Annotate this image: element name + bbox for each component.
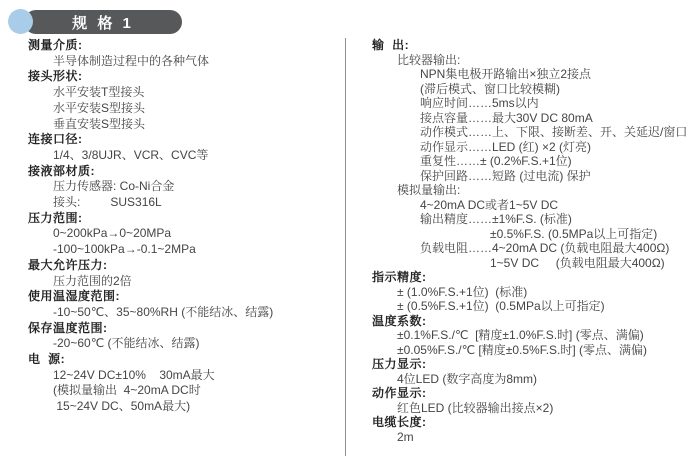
- spec-line: 4~20mA DC或者1~5V DC: [372, 198, 696, 213]
- spec-section: 电 源:12~24V DC±10% 30mA最大(模拟量输出 4~20mA DC…: [28, 352, 336, 415]
- right-spec-column: 输 出:比较器输出:NPN集电极开路输出×独立2接点(滞后模式、窗口比较模糊)响…: [372, 38, 696, 444]
- page-title: 规 格 1: [72, 12, 134, 33]
- spec-line: 压力范围的2倍: [28, 274, 336, 290]
- spec-section-title: 指示精度:: [372, 270, 696, 285]
- section-title-banner: 规 格 1: [24, 10, 182, 34]
- spec-line: 压力传感器: Co-Ni合金: [28, 179, 336, 195]
- spec-line: -10~50℃、35~80%RH (不能结冰、结露): [28, 305, 336, 321]
- spec-section-title: 动作显示:: [372, 386, 696, 401]
- spec-section-title: 保存温度范围:: [28, 321, 336, 337]
- spec-section: 连接口径:1/4、3/8UJR、VCR、CVC等: [28, 132, 336, 163]
- spec-section: 动作显示:红色LED (比较器输出接点×2): [372, 386, 696, 415]
- decorative-circle-icon: [8, 9, 33, 34]
- spec-section: 指示精度:± (1.0%F.S.+1位) (标准)± (0.5%F.S.+1位)…: [372, 270, 696, 314]
- spec-line: 2m: [372, 430, 696, 445]
- spec-section-title: 输 出:: [372, 38, 696, 53]
- spec-line: 12~24V DC±10% 30mA最大: [28, 368, 336, 384]
- spec-section: 压力显示:4位LED (数字高度为8mm): [372, 357, 696, 386]
- spec-section: 压力范围:0~200kPa→0~20MPa-100~100kPa→-0.1~2M…: [28, 211, 336, 258]
- spec-section-title: 使用温湿度范围:: [28, 289, 336, 305]
- spec-section: 电缆长度:2m: [372, 415, 696, 444]
- spec-section: 使用温湿度范围:-10~50℃、35~80%RH (不能结冰、结露): [28, 289, 336, 320]
- spec-line: 垂直安装S型接头: [28, 117, 336, 133]
- spec-line: 比较器输出:: [372, 53, 696, 68]
- spec-line: 动作模式……上、下限、接断差、开、关延迟/窗口: [372, 125, 696, 140]
- spec-line: ±0.5%F.S. (0.5MPa以上可指定): [372, 227, 696, 242]
- spec-line: NPN集电极开路输出×独立2接点: [372, 67, 696, 82]
- spec-section-title: 温度系数:: [372, 314, 696, 329]
- spec-section-title: 电 源:: [28, 352, 336, 368]
- spec-line: 保护回路……短路 (过电流) 保护: [372, 169, 696, 184]
- spec-line: -20~60℃ (不能结冰、结露): [28, 336, 336, 352]
- spec-section-title: 压力显示:: [372, 357, 696, 372]
- spec-section-title: 接头形状:: [28, 69, 336, 85]
- spec-line: ±0.05%F.S./℃ [精度±0.5%F.S.时] (零点、满偏): [372, 343, 696, 358]
- spec-section: 保存温度范围:-20~60℃ (不能结冰、结露): [28, 321, 336, 352]
- spec-line: 0~200kPa→0~20MPa: [28, 226, 336, 242]
- spec-line: 输出精度……±1%F.S. (标准): [372, 212, 696, 227]
- left-spec-column: 测量介质:半导体制造过程中的各种气体接头形状:水平安装T型接头水平安装S型接头垂…: [28, 38, 336, 415]
- spec-line: 1/4、3/8UJR、VCR、CVC等: [28, 148, 336, 164]
- spec-line: -100~100kPa→-0.1~2MPa: [28, 242, 336, 258]
- spec-line: (滞后模式、窗口比较模糊): [372, 82, 696, 97]
- spec-section-title: 测量介质:: [28, 38, 336, 54]
- spec-section-title: 最大允许压力:: [28, 258, 336, 274]
- spec-line: 4位LED (数字高度为8mm): [372, 372, 696, 387]
- spec-page: 规 格 1 测量介质:半导体制造过程中的各种气体接头形状:水平安装T型接头水平安…: [0, 0, 700, 464]
- spec-line: (模拟量输出 4~20mA DC时: [28, 383, 336, 399]
- spec-section-title: 电缆长度:: [372, 415, 696, 430]
- spec-section: 最大允许压力:压力范围的2倍: [28, 258, 336, 289]
- spec-line: 红色LED (比较器输出接点×2): [372, 401, 696, 416]
- column-divider: [345, 38, 346, 456]
- spec-section: 测量介质:半导体制造过程中的各种气体: [28, 38, 336, 69]
- spec-line: 模拟量输出:: [372, 183, 696, 198]
- section-header: 规 格 1: [8, 5, 208, 37]
- spec-section-title: 连接口径:: [28, 132, 336, 148]
- spec-line: 接点容量……最大30V DC 80mA: [372, 111, 696, 126]
- spec-section-title: 压力范围:: [28, 211, 336, 227]
- spec-line: 重复性……± (0.2%F.S.+1位): [372, 154, 696, 169]
- spec-line: ±0.1%F.S./℃ [精度±1.0%F.S.时] (零点、满偏): [372, 328, 696, 343]
- spec-line: ± (1.0%F.S.+1位) (标准): [372, 285, 696, 300]
- spec-section: 接液部材质:压力传感器: Co-Ni合金接头: SUS316L: [28, 164, 336, 211]
- spec-section: 温度系数:±0.1%F.S./℃ [精度±1.0%F.S.时] (零点、满偏)±…: [372, 314, 696, 358]
- spec-section-title: 接液部材质:: [28, 164, 336, 180]
- spec-line: 1~5V DC (负载电阻最大400Ω): [372, 256, 696, 271]
- spec-line: 响应时间……5ms以内: [372, 96, 696, 111]
- spec-line: 动作显示……LED (红) ×2 (灯亮): [372, 140, 696, 155]
- spec-line: ± (0.5%F.S.+1位) (0.5MPa以上可指定): [372, 299, 696, 314]
- spec-section: 接头形状:水平安装T型接头水平安装S型接头垂直安装S型接头: [28, 69, 336, 132]
- spec-section: 输 出:比较器输出:NPN集电极开路输出×独立2接点(滞后模式、窗口比较模糊)响…: [372, 38, 696, 270]
- spec-line: 15~24V DC、50mA最大): [28, 399, 336, 415]
- spec-line: 水平安装S型接头: [28, 101, 336, 117]
- spec-line: 接头: SUS316L: [28, 195, 336, 211]
- spec-line: 水平安装T型接头: [28, 85, 336, 101]
- spec-line: 负载电阻……4~20mA DC (负载电阻最大400Ω): [372, 241, 696, 256]
- spec-line: 半导体制造过程中的各种气体: [28, 54, 336, 70]
